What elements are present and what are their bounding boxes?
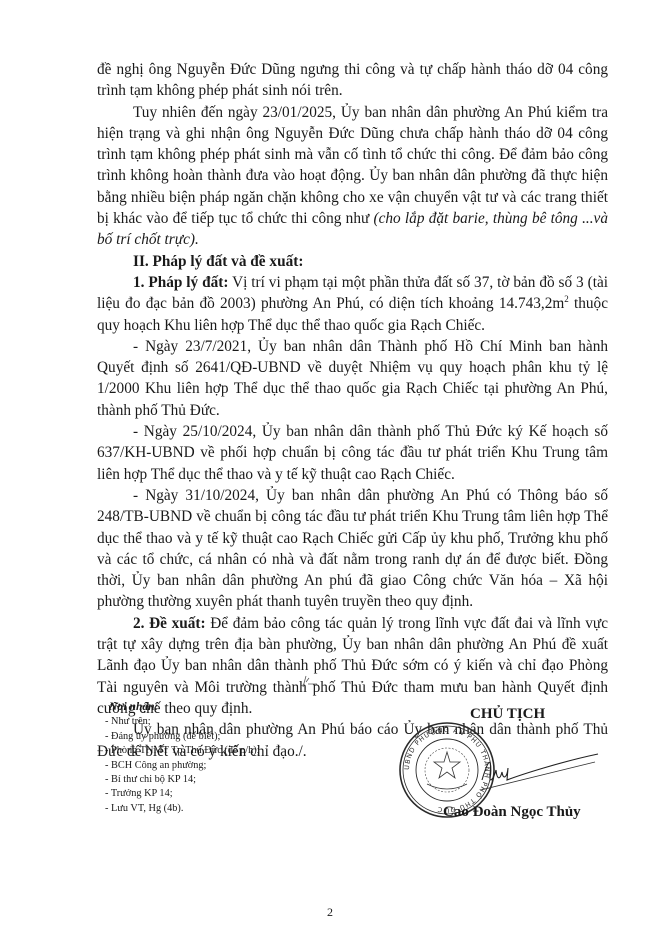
paragraph-bullet-plan: - Ngày 25/10/2024, Ủy ban nhân dân thành… xyxy=(97,421,608,485)
recipients-title: Nơi nhận: xyxy=(109,700,260,714)
signer-name: Cao Đoàn Ngọc Thủy xyxy=(443,804,581,821)
recipient-item: - Bí thư chi bộ KP 14; xyxy=(105,773,260,787)
recipients-block: Nơi nhận: - Như trên; - Đảng ủy phường (… xyxy=(105,700,260,816)
paragraph-continuation: đề nghị ông Nguyễn Đức Dũng ngưng thi cô… xyxy=(97,59,608,102)
initial-mark-icon xyxy=(300,672,320,692)
paragraph-bullet-notice: - Ngày 31/10/2024, Ủy ban nhân dân phườn… xyxy=(97,485,608,613)
handwritten-signature-icon xyxy=(480,750,600,810)
recipient-item: - Trưởng KP 14; xyxy=(105,787,260,801)
recipient-item: - Phòng TNMT Tp.Thủ Đức (để p/h); xyxy=(105,744,260,758)
page-number: 2 xyxy=(0,905,660,920)
recipient-item: - Lưu VT, Hg (4b). xyxy=(105,802,260,816)
paragraph-land-legal: 1. Pháp lý đất: Vị trí vi phạm tại một p… xyxy=(97,272,608,336)
document-page: đề nghị ông Nguyễn Đức Dũng ngưng thi cô… xyxy=(0,0,660,942)
section-heading-legal: II. Pháp lý đất và đề xuất: xyxy=(97,251,608,272)
recipient-item: - Đảng ủy phường (để biết); xyxy=(105,730,260,744)
paragraph-inspection: Tuy nhiên đến ngày 23/01/2025, Ủy ban nh… xyxy=(97,102,608,251)
document-body: đề nghị ông Nguyễn Đức Dũng ngưng thi cô… xyxy=(97,59,608,762)
recipient-item: - Như trên; xyxy=(105,715,260,729)
paragraph-bullet-decision: - Ngày 23/7/2021, Ủy ban nhân dân Thành … xyxy=(97,336,608,421)
recipient-item: - BCH Công an phường; xyxy=(105,759,260,773)
